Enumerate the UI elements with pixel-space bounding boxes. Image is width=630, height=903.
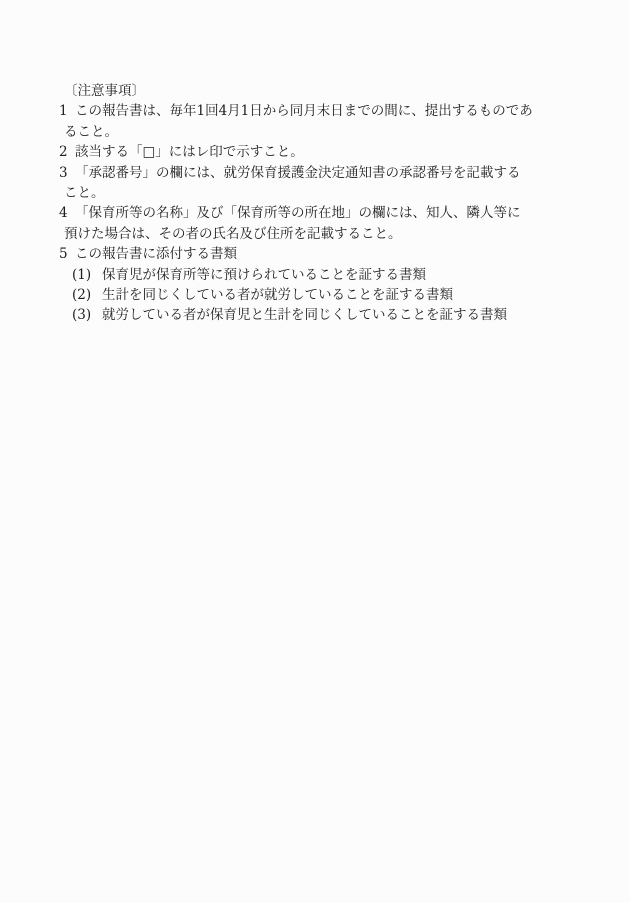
note-item-1-text: この報告書は、毎年1回4月1日から同月末日までの間に、提出するものであ xyxy=(75,101,533,121)
note-item-3-continuation: こと。 xyxy=(0,183,630,203)
note-item-1-number: 1 xyxy=(59,101,75,121)
attachment-item-1: (1) 保育児が保育所等に預けられていることを証する書類 xyxy=(0,265,630,285)
attachment-item-2-text: 生計を同じくしている者が就労していることを証する書類 xyxy=(102,285,453,305)
note-item-5-number: 5 xyxy=(59,244,75,264)
note-item-3-text: 「承認番号」の欄には、就労保育援護金決定通知書の承認番号を記載する xyxy=(75,163,521,183)
note-item-2-text: 該当する「□」にはレ印で示すこと。 xyxy=(75,142,304,162)
notes-heading: 〔注意事項〕 xyxy=(0,81,630,101)
attachment-item-1-text: 保育児が保育所等に預けられていることを証する書類 xyxy=(102,265,426,285)
attachment-item-3-text: 就労している者が保育児と生計を同じくしていることを証する書類 xyxy=(102,305,507,325)
note-item-4: 4 「保育所等の名称」及び「保育所等の所在地」の欄には、知人、隣人等に xyxy=(0,203,630,223)
document-page: 〔注意事項〕 1 この報告書は、毎年1回4月1日から同月末日までの間に、提出する… xyxy=(0,0,630,903)
note-item-4-text: 「保育所等の名称」及び「保育所等の所在地」の欄には、知人、隣人等に xyxy=(75,203,521,223)
note-item-2: 2 該当する「□」にはレ印で示すこと。 xyxy=(0,142,630,162)
note-item-5: 5 この報告書に添付する書類 xyxy=(0,244,630,264)
note-item-3-number: 3 xyxy=(59,163,75,183)
attachment-item-3: (3) 就労している者が保育児と生計を同じくしていることを証する書類 xyxy=(0,305,630,325)
attachment-item-3-number: (3) xyxy=(72,305,102,325)
note-item-2-number: 2 xyxy=(59,142,75,162)
note-item-1: 1 この報告書は、毎年1回4月1日から同月末日までの間に、提出するものであ xyxy=(0,101,630,121)
note-item-5-text: この報告書に添付する書類 xyxy=(75,244,237,264)
note-item-1-continuation: ること。 xyxy=(0,122,630,142)
note-item-3: 3 「承認番号」の欄には、就労保育援護金決定通知書の承認番号を記載する xyxy=(0,163,630,183)
attachment-item-2-number: (2) xyxy=(72,285,102,305)
attachment-item-1-number: (1) xyxy=(72,265,102,285)
note-item-4-continuation: 預けた場合は、その者の氏名及び住所を記載すること。 xyxy=(0,224,630,244)
note-item-4-number: 4 xyxy=(59,203,75,223)
attachment-item-2: (2) 生計を同じくしている者が就労していることを証する書類 xyxy=(0,285,630,305)
